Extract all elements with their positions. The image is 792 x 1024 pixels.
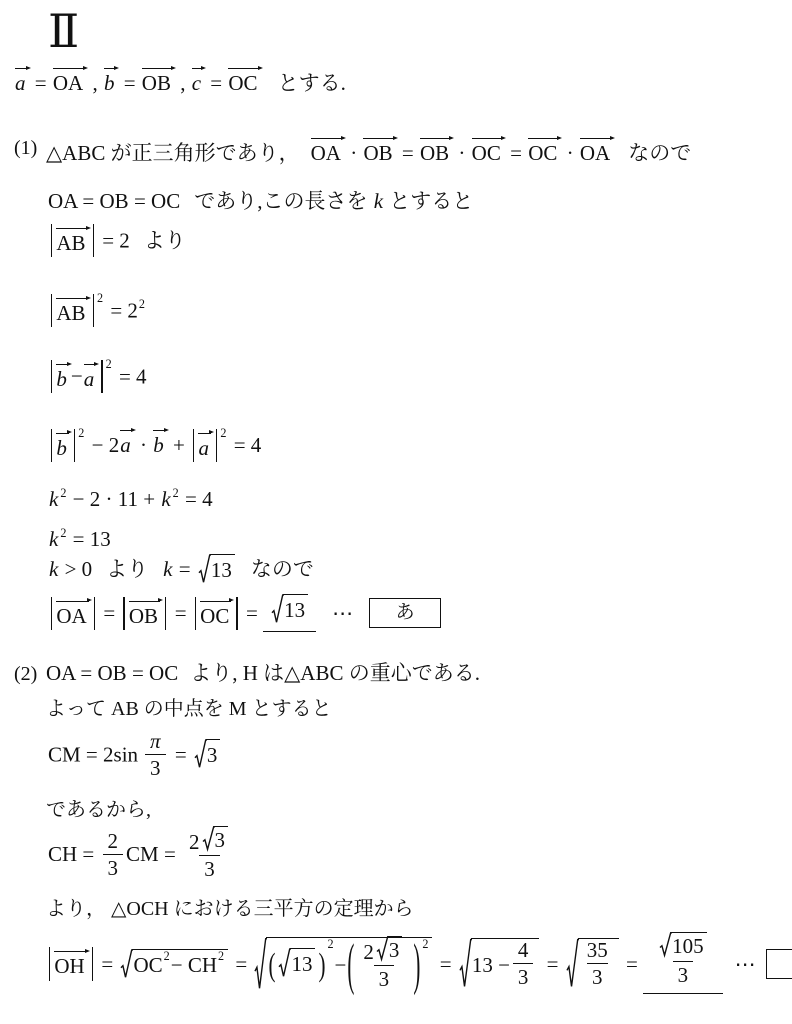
math-text: =: [170, 742, 192, 766]
fraction: 1053: [652, 934, 714, 986]
answer-i-line: OH = OC2 − CH2 = (13)2 − (233)2 = 13 − 4…: [46, 936, 792, 996]
absolute-value: OC: [193, 597, 240, 630]
fraction: 23: [103, 830, 124, 879]
answer-box: あ: [369, 598, 441, 628]
cm-line: CM = 2sinπ3 = 3: [48, 732, 222, 781]
math-text: であり,この長さを: [194, 189, 373, 213]
spacer: [130, 246, 144, 247]
math-variable: π: [149, 730, 162, 752]
superscript: 2: [60, 526, 66, 540]
vector-base: OA: [580, 141, 610, 165]
vector-arrow-icon: [363, 134, 396, 141]
absolute-value: OB: [121, 597, 168, 630]
abs-bar: [195, 597, 196, 630]
math-text: = 2: [97, 228, 130, 252]
part2-label: (2): [14, 661, 37, 687]
vector: OH: [53, 947, 88, 980]
abs-content: b − a: [54, 360, 99, 393]
math-text: CM =: [126, 842, 181, 866]
part1-label: (1): [14, 135, 37, 161]
fraction: 353: [582, 939, 613, 988]
radical-sign-icon: [659, 932, 672, 957]
math-variable: k: [48, 557, 59, 581]
vector-arrow-icon: [56, 429, 71, 436]
abs-content: OC: [198, 597, 234, 630]
radicand: 13: [290, 948, 315, 978]
vector-arrow-icon: [15, 64, 30, 71]
vector-arrow-icon: [104, 64, 119, 71]
absolute-value: OA: [49, 597, 97, 630]
paren-group: (233): [346, 940, 421, 992]
math-text: より: [144, 228, 186, 252]
abs-bar: [51, 294, 52, 327]
math-text: =: [621, 952, 643, 976]
vector-base: OB: [363, 141, 392, 165]
math-text: =: [118, 71, 140, 95]
math-text: +: [168, 433, 190, 457]
vector: OA: [310, 134, 345, 167]
radicand: 353: [578, 938, 619, 990]
spacer: [138, 760, 141, 761]
radical-sign-icon: [194, 739, 207, 769]
math-text: −: [71, 363, 83, 390]
vector: a: [197, 429, 213, 462]
math-text: ⋯: [332, 601, 353, 625]
math-text: 13: [291, 951, 312, 978]
denominator: 3: [145, 754, 166, 779]
absolute-value: AB: [49, 224, 96, 257]
vector: OC: [199, 597, 233, 630]
math-text: より: [106, 557, 148, 581]
vector-base: OB: [129, 604, 158, 628]
superscript: 2: [327, 938, 333, 950]
abs-bar: [93, 224, 94, 257]
math-text: 2: [363, 941, 374, 963]
radicand: 3: [206, 739, 221, 769]
absolute-value: b − a2: [49, 360, 113, 393]
vector: OA: [55, 597, 90, 630]
math-text: △ABC が正三角形であり，: [46, 141, 300, 165]
numerator: 23: [358, 938, 409, 965]
square-root: 13: [271, 594, 308, 624]
denominator: 3: [513, 963, 534, 988]
abs-bar: [193, 429, 194, 462]
superscript: 2: [173, 486, 179, 500]
math-text: ·: [561, 141, 579, 165]
radicand: 13 − 43: [471, 938, 540, 990]
absolute-value: a2: [191, 429, 227, 462]
fraction: 233: [184, 828, 235, 880]
vector-arrow-icon: [420, 134, 453, 141]
superscript: 2: [220, 427, 226, 439]
vector-arrow-icon: [192, 64, 205, 71]
math-text: =: [434, 952, 456, 976]
midpoint-text-line: よって AB の中点を M とすると: [46, 696, 332, 722]
length-k-line: OA = OB = OCであり,この長さを k とすると: [48, 188, 473, 215]
math-text: = 2: [105, 298, 138, 322]
radical-sign-icon: [120, 949, 133, 979]
vector-arrow-icon: [56, 597, 90, 604]
math-variable: k: [48, 487, 59, 511]
square-root: (13)2 − (233)2: [254, 937, 432, 992]
math-text: OA = OB = OC: [46, 661, 178, 685]
math-text: =: [205, 71, 227, 95]
vector: AB: [55, 294, 89, 327]
part2-head-math: OA = OB = OCより, H は△ABC の重心である.: [46, 661, 480, 685]
close-paren: ): [412, 929, 421, 1003]
vector-arrow-icon: [120, 426, 135, 433]
vector-base: OA: [56, 604, 86, 628]
math-text: 3: [150, 757, 161, 779]
radicand: 3: [214, 826, 229, 851]
math-text: =: [169, 601, 191, 625]
k-value-line: k > 0よりk = 13なので: [48, 556, 314, 586]
vector: b: [55, 360, 71, 393]
radical-sign-icon: [459, 938, 472, 990]
math-text: =: [30, 71, 52, 95]
radicand: 105: [671, 932, 707, 957]
vector: OB: [128, 597, 162, 630]
math-text: 35: [587, 939, 608, 961]
math-text: 3: [215, 829, 226, 851]
math-text: 3: [389, 939, 400, 961]
math-text: CH =: [48, 842, 100, 866]
close-paren: ): [317, 944, 326, 986]
vector: a: [14, 64, 30, 97]
vector-base: OC: [472, 141, 501, 165]
square-root: OC2 − CH2: [120, 949, 228, 979]
absolute-value: b2: [49, 429, 85, 462]
radical-sign-icon: [254, 937, 267, 992]
spacer: [148, 575, 162, 576]
superscript: 2: [422, 938, 428, 950]
numerator: 105: [652, 934, 714, 961]
math-text: 3: [518, 966, 529, 988]
numerator: 2: [103, 830, 124, 854]
radical-sign-icon: [271, 594, 284, 624]
vector-base: OC: [228, 71, 257, 95]
vector-arrow-icon: [56, 360, 71, 367]
vector-arrow-icon: [198, 429, 213, 436]
denominator: 3: [199, 855, 220, 880]
vector-arrow-icon: [56, 294, 89, 301]
superscript: 2: [78, 427, 84, 439]
absolute-value: AB2: [49, 294, 104, 327]
b-minus-a-line: b − a2 = 4: [48, 362, 147, 395]
math-text: なので: [628, 141, 691, 165]
math-text: ·: [345, 141, 363, 165]
math-text: =: [505, 141, 527, 165]
math-text: ⋯: [735, 952, 756, 976]
square-root: 13 − 43: [459, 938, 540, 990]
math-text: より, H は△ABC の重心である.: [190, 661, 480, 685]
spacer: [723, 970, 735, 971]
vector: OA: [52, 64, 87, 97]
math-text: − 2 · 11 +: [67, 487, 160, 511]
vector: OB: [362, 134, 396, 167]
square-root: 13: [278, 948, 315, 978]
underlined-answer: 13: [263, 594, 316, 632]
math-text: =: [230, 952, 252, 976]
math-text: =: [241, 601, 263, 625]
math-text: − CH: [171, 952, 217, 979]
vector-base: OB: [420, 141, 449, 165]
spacer: [614, 159, 628, 160]
vector-base: AB: [56, 301, 85, 325]
abs-bar: [236, 597, 237, 630]
vector-arrow-icon: [228, 64, 261, 71]
math-text: 3: [108, 857, 119, 879]
k-squared-line: k2 = 13: [48, 526, 111, 553]
abs-bar: [49, 947, 50, 980]
spacer: [92, 575, 106, 576]
numerator: π: [144, 730, 167, 754]
vector-base: OA: [311, 141, 341, 165]
vector-base: OH: [54, 954, 84, 978]
radical-sign-icon: [198, 554, 211, 584]
math-text: ·: [453, 141, 471, 165]
abs-content: OA: [54, 597, 91, 630]
square-root: 105: [659, 932, 707, 957]
vector-arrow-icon: [84, 360, 99, 367]
math-text: =: [541, 952, 563, 976]
ab-eq-2-line: AB = 2より: [48, 226, 186, 259]
abs-content: b: [54, 429, 72, 462]
numerator: 23: [184, 828, 235, 855]
abs-content: a: [196, 429, 214, 462]
vector: c: [191, 64, 205, 97]
answer-a-line: OA = OB = OC = 13⋯あ: [48, 596, 441, 634]
dearukara-text-line: であるから,: [46, 797, 151, 823]
vector: OC: [471, 134, 505, 167]
superscript: 2: [164, 950, 170, 962]
superscript: 2: [218, 950, 224, 962]
vector: OC: [227, 64, 261, 97]
radical-sign-icon: [566, 938, 579, 990]
vector-base: OC: [200, 604, 229, 628]
math-text: 13 −: [472, 952, 510, 979]
math-text: > 0: [59, 557, 92, 581]
math-text: =: [98, 601, 120, 625]
superscript: 2: [106, 358, 112, 370]
vector: AB: [55, 224, 89, 257]
math-text: ·: [135, 433, 153, 457]
answer-box: い: [766, 949, 792, 979]
abs-bar: [92, 947, 93, 980]
vector-base: b: [153, 433, 164, 457]
math-text: −: [335, 952, 347, 979]
abs-bar: [51, 597, 52, 630]
vector-base: b: [56, 367, 67, 391]
paren-group: (13): [267, 950, 326, 980]
expanded-line: b2 − 2a · b + a2 = 4: [48, 426, 261, 464]
vector: b: [152, 426, 168, 459]
math-text: ,: [175, 71, 191, 95]
radicand: 13: [283, 594, 308, 624]
abs-bar: [93, 294, 94, 327]
part1-line: (1) △ABC が正三角形であり，OA · OB = OB · OC = OC…: [46, 134, 691, 167]
square-root: 13: [198, 554, 235, 584]
spacer: [237, 575, 251, 576]
superscript: 2: [139, 297, 145, 311]
denominator: 3: [587, 963, 608, 988]
vector: a: [119, 426, 135, 459]
spacer: [180, 207, 194, 208]
vector: OB: [419, 134, 453, 167]
numerator: 35: [582, 939, 613, 963]
vector-base: b: [104, 71, 115, 95]
math-text: 3: [379, 968, 390, 990]
radicand: 3: [388, 936, 403, 961]
superscript: 2: [97, 292, 103, 304]
math-text: 3: [204, 858, 215, 880]
abs-bar: [51, 360, 52, 393]
pythagoras-text-line: より， △OCH における三平方の定理から: [46, 896, 414, 922]
vector-base: OC: [528, 141, 557, 165]
radicand: 13: [210, 554, 235, 584]
math-text: =: [397, 141, 419, 165]
vector-base: a: [120, 433, 131, 457]
math-variable: k: [373, 189, 384, 213]
vector: b: [55, 429, 71, 462]
part2-line: (2) OA = OB = OCより, H は△ABC の重心である.: [46, 660, 480, 687]
fraction: 43: [513, 939, 534, 988]
ch-line: CH = 23CM = 233: [48, 830, 238, 882]
math-text: CM = 2sin: [48, 742, 138, 766]
spacer: [756, 970, 766, 971]
math-text: =: [174, 557, 196, 581]
math-text: = 4: [114, 364, 147, 388]
part1-head-math: △ABC が正三角形であり，OA · OB = OB · OC = OC · O…: [46, 141, 691, 165]
math-text: 3: [207, 742, 218, 769]
math-text: 4: [518, 939, 529, 961]
abs-bar: [51, 429, 52, 462]
abs-content: OH: [52, 947, 89, 980]
vector: OA: [579, 134, 614, 167]
math-text: とすると: [384, 189, 473, 213]
abs-content: OB: [127, 597, 163, 630]
abs-content: AB: [54, 224, 90, 257]
radical-sign-icon: [376, 936, 389, 961]
abs-bar: [123, 597, 124, 630]
numerator: 4: [513, 939, 534, 963]
square-root: 3: [202, 826, 229, 851]
abs-content: AB: [54, 294, 90, 327]
vector-arrow-icon: [528, 134, 561, 141]
radical-sign-icon: [278, 948, 291, 978]
square-root: 3: [194, 739, 221, 769]
square-root: 3: [376, 936, 403, 961]
vector-base: b: [56, 436, 67, 460]
abs-bar: [94, 597, 95, 630]
vector-arrow-icon: [56, 224, 89, 231]
vector-arrow-icon: [311, 134, 345, 141]
math-text: = 4: [228, 433, 261, 457]
fraction: 233: [358, 938, 409, 990]
abs-bar: [165, 597, 166, 630]
math-variable: k: [160, 487, 171, 511]
vector-arrow-icon: [142, 64, 175, 71]
denominator: 3: [673, 961, 694, 986]
math-text: 105: [672, 935, 704, 957]
vector-base: OA: [53, 71, 83, 95]
fraction: π3: [144, 730, 167, 779]
math-text: 2: [189, 831, 200, 853]
math-text: =: [96, 952, 118, 976]
vector: b: [103, 64, 119, 97]
square-root: 353: [566, 938, 619, 990]
vector-arrow-icon: [200, 597, 233, 604]
math-text: ,: [87, 71, 103, 95]
open-paren: (: [267, 944, 276, 986]
vector-base: OB: [142, 71, 171, 95]
abs-bar: [101, 360, 102, 393]
vector-arrow-icon: [53, 64, 87, 71]
underlined-answer: 1053: [643, 934, 723, 994]
superscript: 2: [60, 486, 66, 500]
radicand: (13)2 − (233)2: [266, 937, 432, 992]
vector-base: a: [84, 367, 95, 391]
radical-sign-icon: [202, 826, 215, 851]
math-text: 3: [592, 966, 603, 988]
vector-base: c: [192, 71, 201, 95]
math-text: なので: [251, 557, 314, 581]
math-text: とする.: [278, 71, 346, 95]
math-text: 13: [284, 597, 305, 624]
abs-bar: [51, 224, 52, 257]
math-text: 13: [211, 557, 232, 584]
vector-arrow-icon: [580, 134, 614, 141]
math-text: = 4: [180, 487, 213, 511]
spacer: [353, 619, 369, 620]
math-text: OC: [133, 952, 162, 979]
spacer: [178, 679, 190, 680]
vector-arrow-icon: [153, 426, 168, 433]
open-paren: (: [346, 929, 355, 1003]
ab-squared-line: AB2 = 22: [48, 296, 146, 329]
k-quadratic-line: k2 − 2 · 11 + k2 = 4: [48, 486, 213, 513]
absolute-value: OH: [47, 947, 95, 980]
section-numeral: Ⅱ: [48, 4, 79, 58]
radicand: OC2 − CH2: [132, 949, 228, 979]
spacer: [300, 159, 310, 160]
intro-line: a = OA , b = OB , c = OCとする.: [14, 64, 346, 97]
math-text: 3: [678, 964, 689, 986]
abs-bar: [216, 429, 217, 462]
abs-bar: [74, 429, 75, 462]
math-text: 2: [108, 830, 119, 852]
math-text: OA = OB = OC: [48, 189, 180, 213]
math-variable: k: [48, 527, 59, 551]
spacer: [262, 89, 278, 90]
vector-arrow-icon: [129, 597, 162, 604]
vector-arrow-icon: [472, 134, 505, 141]
denominator: 3: [374, 965, 395, 990]
vector-base: AB: [56, 231, 85, 255]
math-text: − 2: [86, 433, 119, 457]
math-variable: k: [162, 557, 173, 581]
vector-arrow-icon: [54, 947, 88, 954]
math-text: = 13: [67, 527, 110, 551]
vector-base: a: [198, 436, 209, 460]
vector: OC: [527, 134, 561, 167]
vector: a: [83, 360, 99, 393]
spacer: [316, 619, 332, 620]
denominator: 3: [103, 854, 124, 879]
document-page: Ⅱ a = OA , b = OB , c = OCとする. (1) △ABC …: [0, 0, 792, 1024]
vector-base: a: [15, 71, 26, 95]
vector: OB: [141, 64, 175, 97]
